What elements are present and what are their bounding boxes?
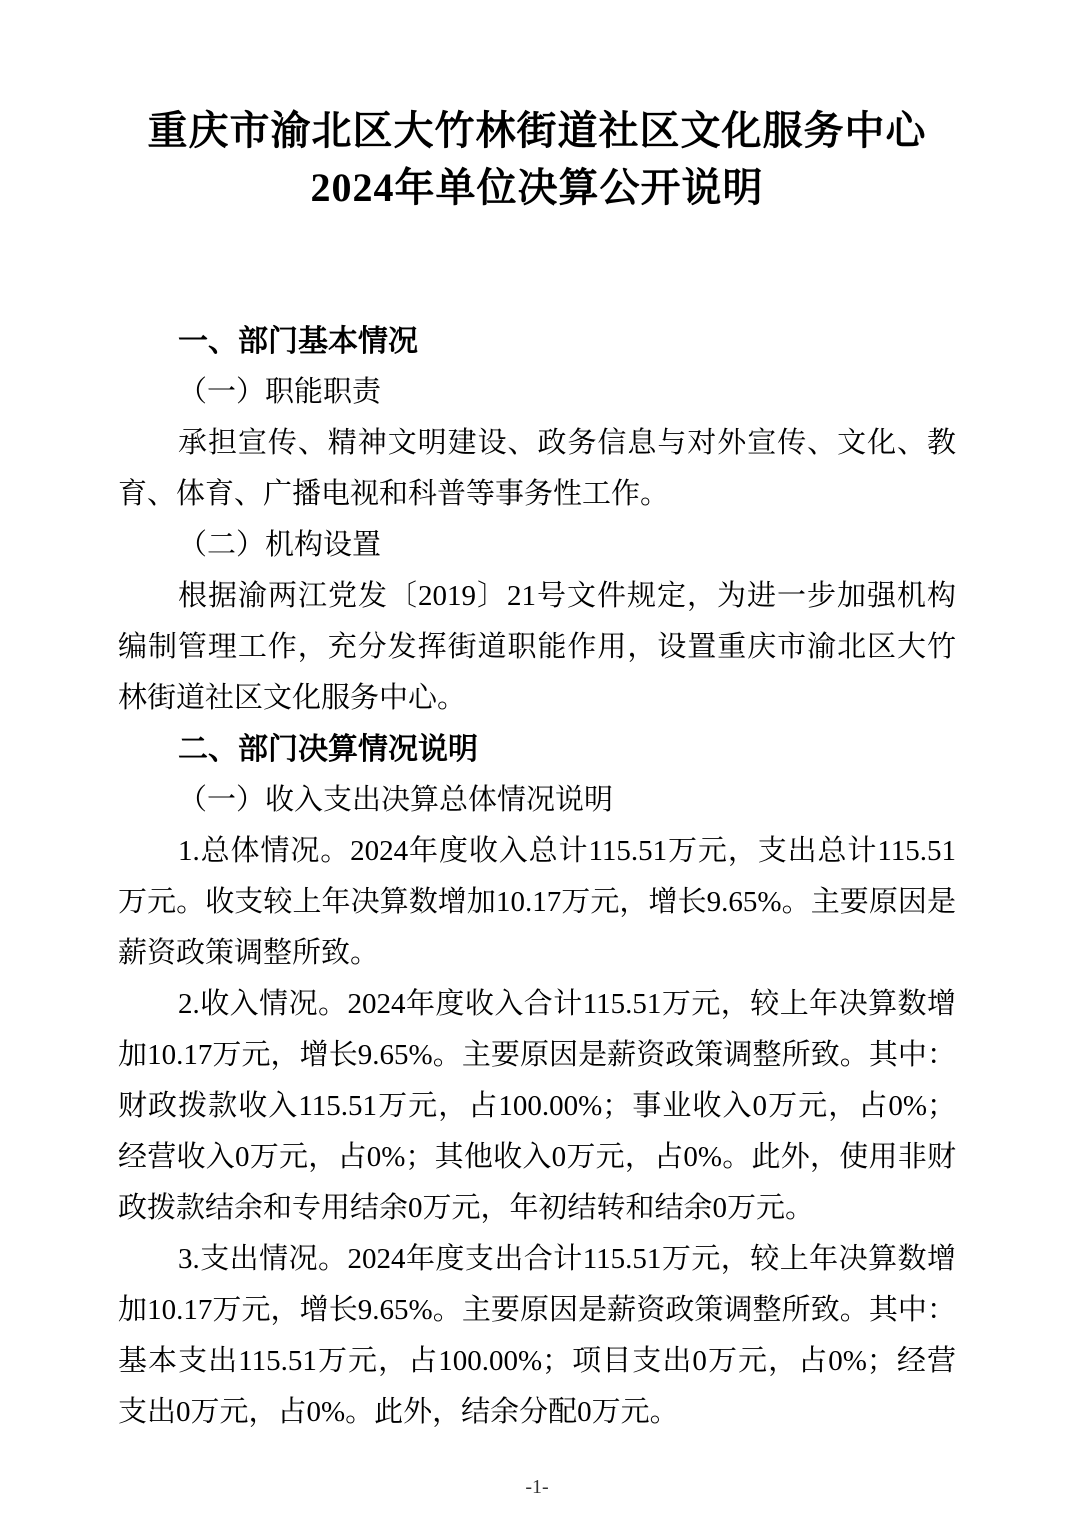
document-title-line-2: 2024年单位决算公开说明: [0, 159, 1074, 216]
subsection-heading-budget-summary: （一）收入支出决算总体情况说明: [118, 775, 956, 826]
subsection-heading-duties: （一）职能职责: [118, 367, 956, 418]
document-title: 重庆市渝北区大竹林街道社区文化服务中心 2024年单位决算公开说明: [0, 0, 1074, 216]
paragraph-overall-situation: 1.总体情况。2024年度收入总计115.51万元，支出总计115.51万元。收…: [118, 826, 956, 979]
section-heading-2: 二、部门决算情况说明: [118, 724, 956, 775]
document-page: 重庆市渝北区大竹林街道社区文化服务中心 2024年单位决算公开说明 一、部门基本…: [0, 0, 1074, 1520]
paragraph-organization: 根据渝两江党发〔2019〕21号文件规定，为进一步加强机构编制管理工作，充分发挥…: [118, 571, 956, 724]
page-number: -1-: [0, 1476, 1074, 1499]
section-heading-1: 一、部门基本情况: [118, 316, 956, 367]
paragraph-expenditure-situation: 3.支出情况。2024年度支出合计115.51万元，较上年决算数增加10.17万…: [118, 1234, 956, 1438]
document-title-line-1: 重庆市渝北区大竹林街道社区文化服务中心: [0, 102, 1074, 159]
document-body: 一、部门基本情况 （一）职能职责 承担宣传、精神文明建设、政务信息与对外宣传、文…: [118, 316, 956, 1438]
subsection-heading-organization: （二）机构设置: [118, 520, 956, 571]
paragraph-duties: 承担宣传、精神文明建设、政务信息与对外宣传、文化、教育、体育、广播电视和科普等事…: [118, 418, 956, 520]
paragraph-income-situation: 2.收入情况。2024年度收入合计115.51万元，较上年决算数增加10.17万…: [118, 979, 956, 1234]
